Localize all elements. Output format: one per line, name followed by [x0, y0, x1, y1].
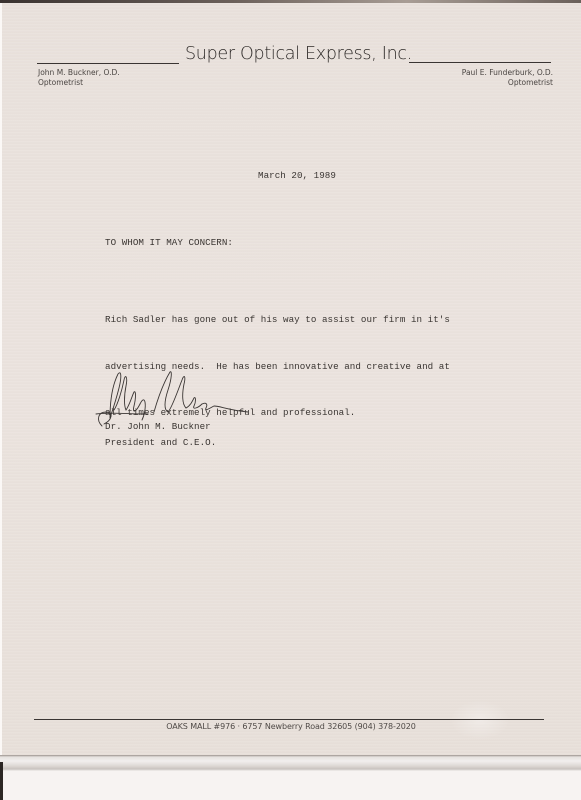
right-doctor-title: Optometrist [462, 78, 553, 88]
letterhead-rule-right [409, 62, 551, 63]
page-bottom-edge [0, 755, 581, 771]
right-doctor-name: Paul E. Funderburk, O.D. [462, 68, 553, 78]
letterhead-left-doctor: John M. Buckner, O.D. Optometrist [38, 68, 120, 88]
scanner-bed [3, 771, 581, 800]
scan-left-edge [0, 762, 3, 800]
letterhead-rule-left [37, 63, 179, 64]
body-line: Rich Sadler has gone out of his way to a… [105, 312, 450, 328]
letter-date: March 20, 1989 [258, 170, 336, 181]
letter-salutation: TO WHOM IT MAY CONCERN: [105, 237, 233, 248]
footer-rule [34, 719, 544, 720]
left-doctor-title: Optometrist [38, 78, 120, 88]
signer-name: Dr. John M. Buckner [105, 421, 211, 432]
left-doctor-name: John M. Buckner, O.D. [38, 68, 120, 78]
signer-title: President and C.E.O. [105, 437, 216, 448]
company-name: Super Optical Express, Inc. [185, 44, 403, 64]
scan-smudge [450, 700, 510, 740]
footer-address: OAKS MALL #976 · 6757 Newberry Road 3260… [136, 722, 446, 731]
letterhead-right-doctor: Paul E. Funderburk, O.D. Optometrist [462, 68, 553, 88]
